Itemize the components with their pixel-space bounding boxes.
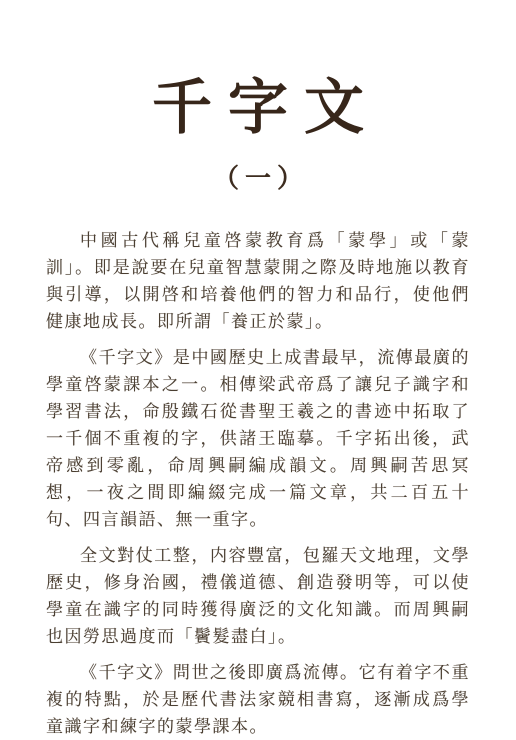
- paragraph-1: 中國古代稱兒童啓蒙教育爲「蒙學」或「蒙訓」。即是說要在兒童智慧蒙開之際及時地施以…: [46, 228, 470, 336]
- scanned-book-page: 千字文 （一） 中國古代稱兒童啓蒙教育爲「蒙學」或「蒙訓」。即是說要在兒童智慧蒙…: [0, 0, 516, 740]
- paragraph-3: 全文對仗工整，内容豐富，包羅天文地理，文學歷史，修身治國，禮儀道德、創造發明等，…: [46, 543, 470, 651]
- body-text: 中國古代稱兒童啓蒙教育爲「蒙學」或「蒙訓」。即是說要在兒童智慧蒙開之際及時地施以…: [46, 228, 470, 740]
- section-number: （一）: [0, 164, 516, 194]
- paragraph-4: 《千字文》問世之後即廣爲流傳。它有着字不重複的特點，於是歷代書法家競相書寫，逐漸…: [46, 660, 470, 740]
- page-title: 千字文: [0, 0, 516, 140]
- paragraph-2: 《千字文》是中國歷史上成書最早，流傳最廣的學童啓蒙課本之一。相傳梁武帝爲了讓兒子…: [46, 345, 470, 534]
